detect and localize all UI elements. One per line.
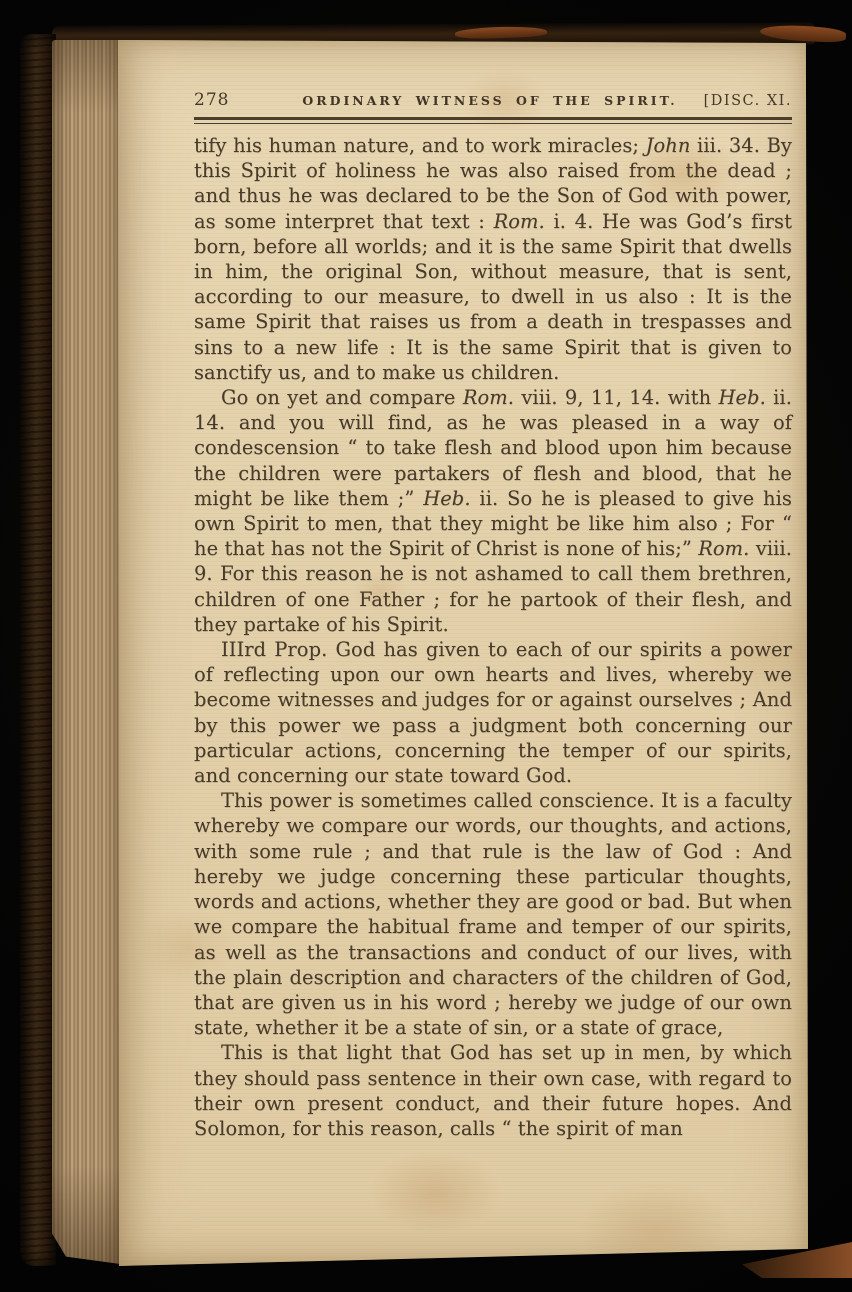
text-run: IIIrd Prop. God has given to each of our… — [194, 638, 792, 787]
book-spine — [20, 34, 56, 1266]
page-content: 278 ORDINARY WITNESS OF THE SPIRIT. [DIS… — [194, 90, 792, 1141]
running-header: 278 ORDINARY WITNESS OF THE SPIRIT. [DIS… — [194, 90, 792, 110]
scripture-reference: Rom. — [494, 210, 545, 233]
paragraph: This power is sometimes called conscienc… — [194, 788, 792, 1040]
page-text: tify his human nature, and to work mirac… — [194, 133, 792, 1141]
paragraph: This is that light that God has set up i… — [194, 1040, 792, 1141]
scripture-reference: Heb. — [423, 487, 470, 510]
text-run: viii. 9, 11, 14. with — [514, 386, 718, 409]
text-run: This power is sometimes called conscienc… — [194, 789, 792, 1039]
text-run: This is that light that God has set up i… — [194, 1041, 792, 1140]
scripture-reference: John — [646, 134, 691, 157]
paragraph: tify his human nature, and to work mirac… — [194, 133, 792, 385]
section-label: [DISC. XI. — [696, 93, 792, 109]
page-number: 278 — [194, 90, 284, 110]
book-page: 278 ORDINARY WITNESS OF THE SPIRIT. [DIS… — [118, 40, 808, 1266]
text-run: Go on yet and compare — [221, 386, 463, 409]
scripture-reference: Rom. — [698, 537, 749, 560]
running-title: ORDINARY WITNESS OF THE SPIRIT. — [284, 93, 696, 108]
text-run: tify his human nature, and to work mirac… — [194, 134, 646, 157]
paragraph: IIIrd Prop. God has given to each of our… — [194, 637, 792, 788]
scripture-reference: Heb. — [718, 386, 765, 409]
paragraph: Go on yet and compare Rom. viii. 9, 11, … — [194, 385, 792, 637]
page-edges — [52, 40, 120, 1264]
header-rule — [194, 117, 792, 124]
book-photo: 278 ORDINARY WITNESS OF THE SPIRIT. [DIS… — [0, 0, 852, 1292]
scripture-reference: Rom. — [463, 386, 514, 409]
text-run: i. 4. He was God’s first born, before al… — [194, 210, 792, 384]
